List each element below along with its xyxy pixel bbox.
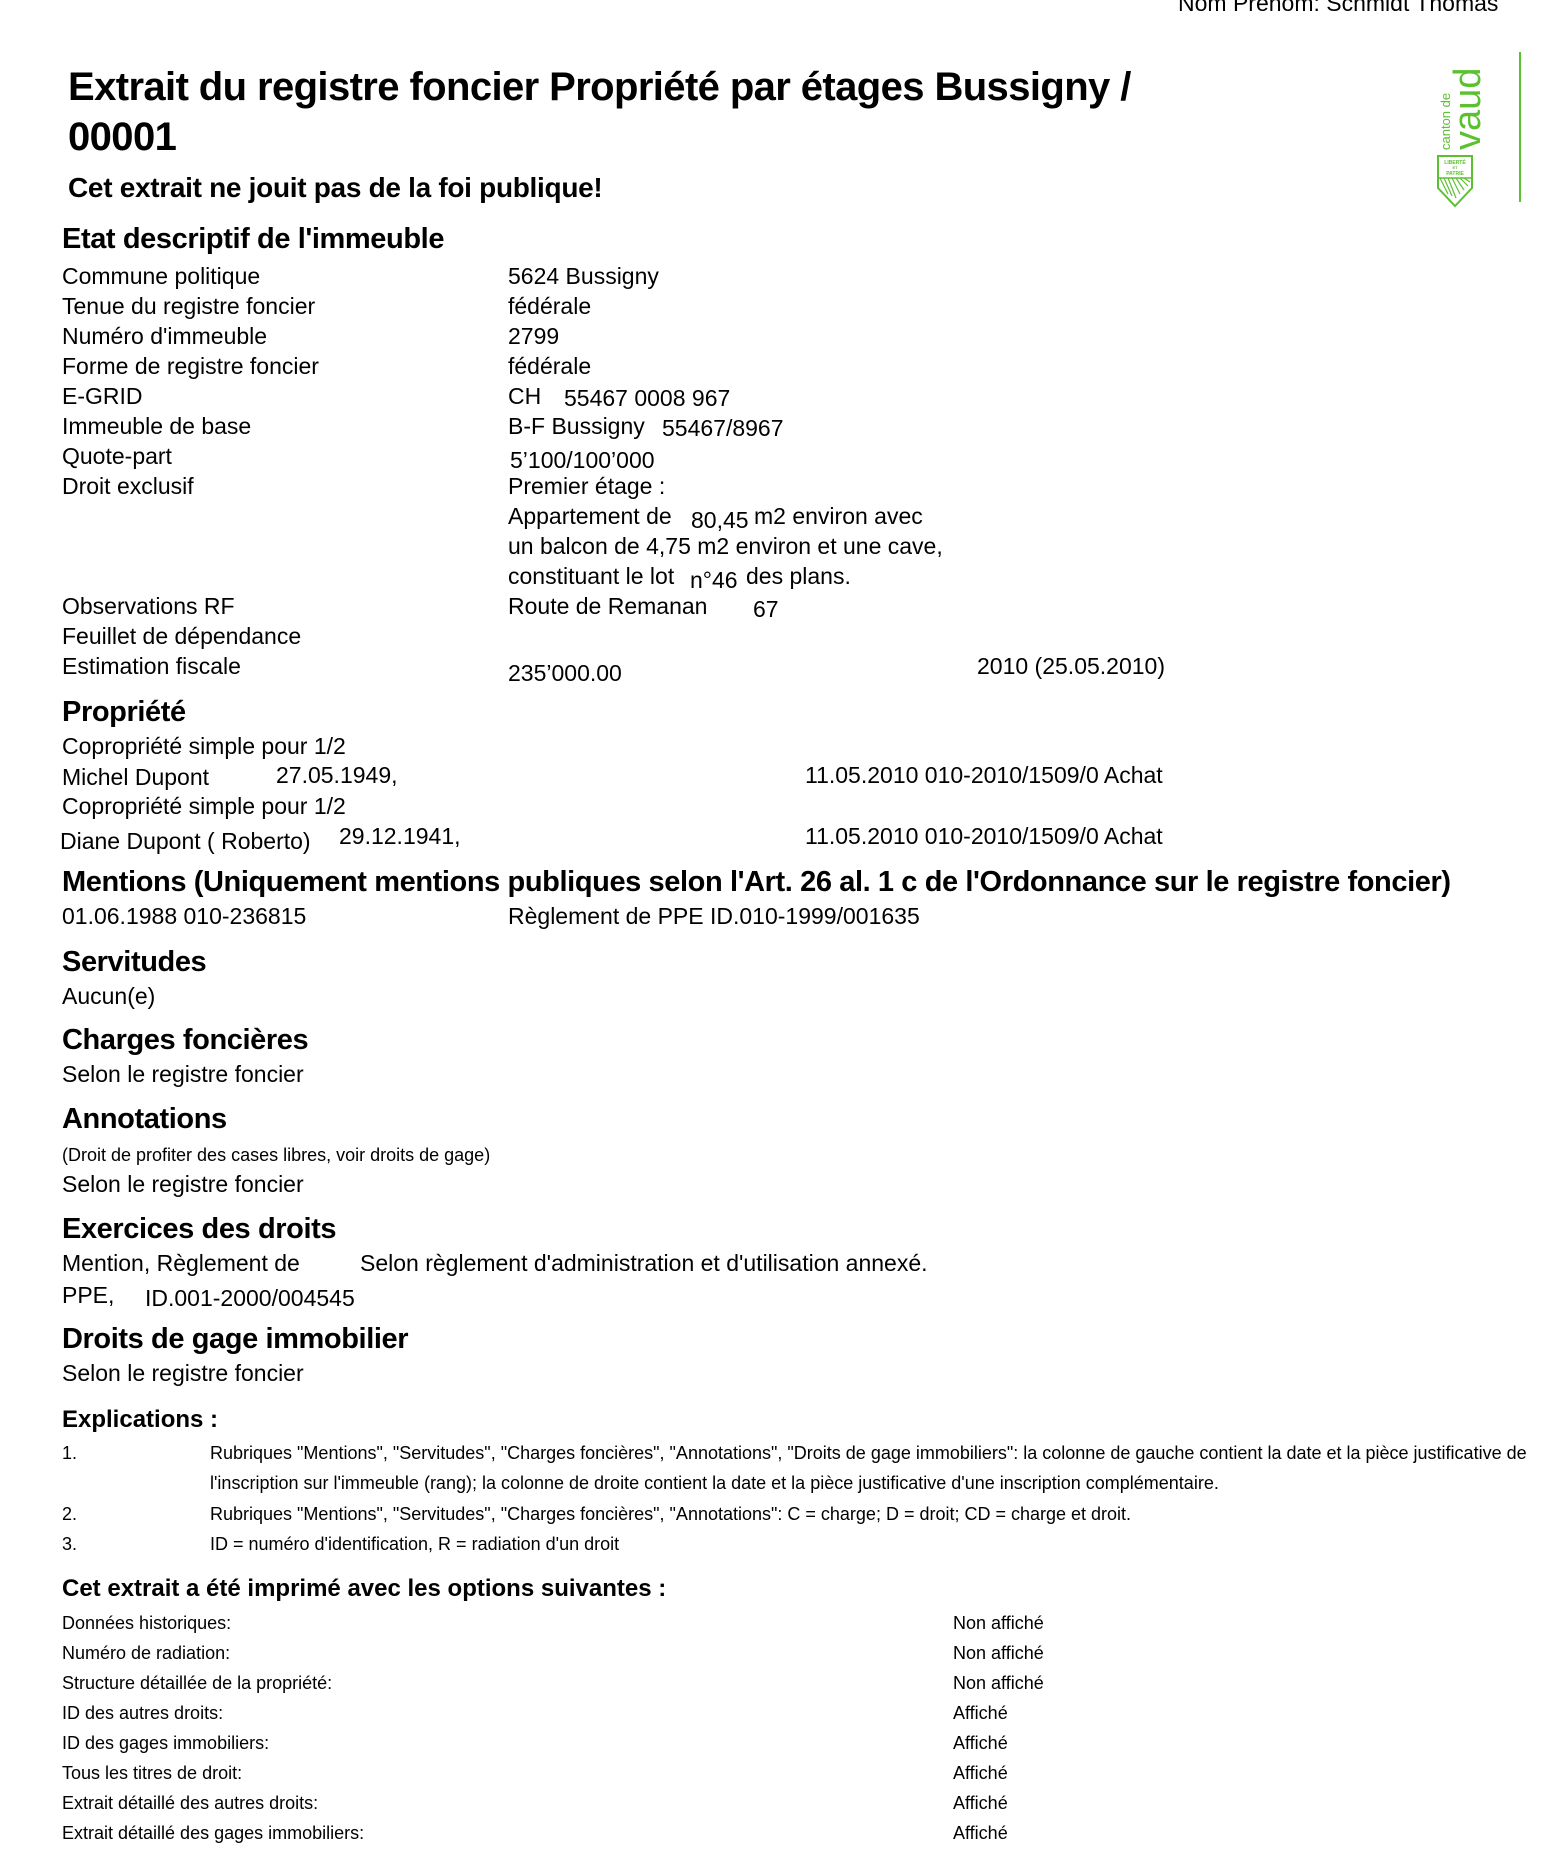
- owner-name: Michel Dupont: [62, 764, 209, 791]
- annotations-note: (Droit de profiter des cases libres, voi…: [62, 1145, 490, 1166]
- section-heading-etat: Etat descriptif de l'immeuble: [62, 223, 444, 256]
- mention-left: 01.06.1988 010-236815: [62, 903, 306, 930]
- explications-heading: Explications :: [62, 1406, 218, 1434]
- svg-text:PATRIE: PATRIE: [1446, 171, 1464, 177]
- section-heading-charges: Charges foncières: [62, 1024, 308, 1057]
- owner-type: Copropriété simple pour 1/2: [62, 733, 346, 760]
- owner-birth: 29.12.1941,: [339, 823, 461, 850]
- owner-entry: 11.05.2010 010-2010/1509/0 Achat: [805, 823, 1163, 850]
- owner-type: Copropriété simple pour 1/2: [62, 793, 346, 820]
- section-heading-exercices: Exercices des droits: [62, 1213, 336, 1246]
- svg-text:ET: ET: [1452, 165, 1458, 170]
- gage-value: Selon le registre foncier: [62, 1360, 304, 1387]
- section-heading-annotations: Annotations: [62, 1103, 227, 1136]
- owner-birth: 27.05.1949,: [276, 762, 398, 789]
- servitudes-value: Aucun(e): [62, 983, 155, 1010]
- logo-vaud-text: vaud: [1447, 68, 1489, 150]
- mention-right: Règlement de PPE ID.010-1999/001635: [508, 903, 920, 930]
- user-name: Nom Prénom: Schmidt Thomas: [1178, 0, 1498, 17]
- options-heading: Cet extrait a été imprimé avec les optio…: [62, 1575, 666, 1603]
- section-heading-mentions: Mentions (Uniquement mentions publiques …: [62, 866, 1451, 899]
- section-heading-propriete: Propriété: [62, 696, 186, 729]
- owner-entry: 11.05.2010 010-2010/1509/0 Achat: [805, 762, 1163, 789]
- charges-value: Selon le registre foncier: [62, 1061, 304, 1088]
- section-heading-servitudes: Servitudes: [62, 946, 206, 979]
- owner-name: Diane Dupont ( Roberto): [60, 828, 311, 855]
- page-title: Extrait du registre foncier Propriété pa…: [68, 62, 1168, 162]
- section-heading-gage: Droits de gage immobilier: [62, 1323, 408, 1356]
- annotations-value: Selon le registre foncier: [62, 1171, 304, 1198]
- canton-vaud-logo: canton de vaud LIBERTÉ ET PATRIE: [1430, 48, 1530, 208]
- page-subtitle: Cet extrait ne jouit pas de la foi publi…: [68, 172, 602, 204]
